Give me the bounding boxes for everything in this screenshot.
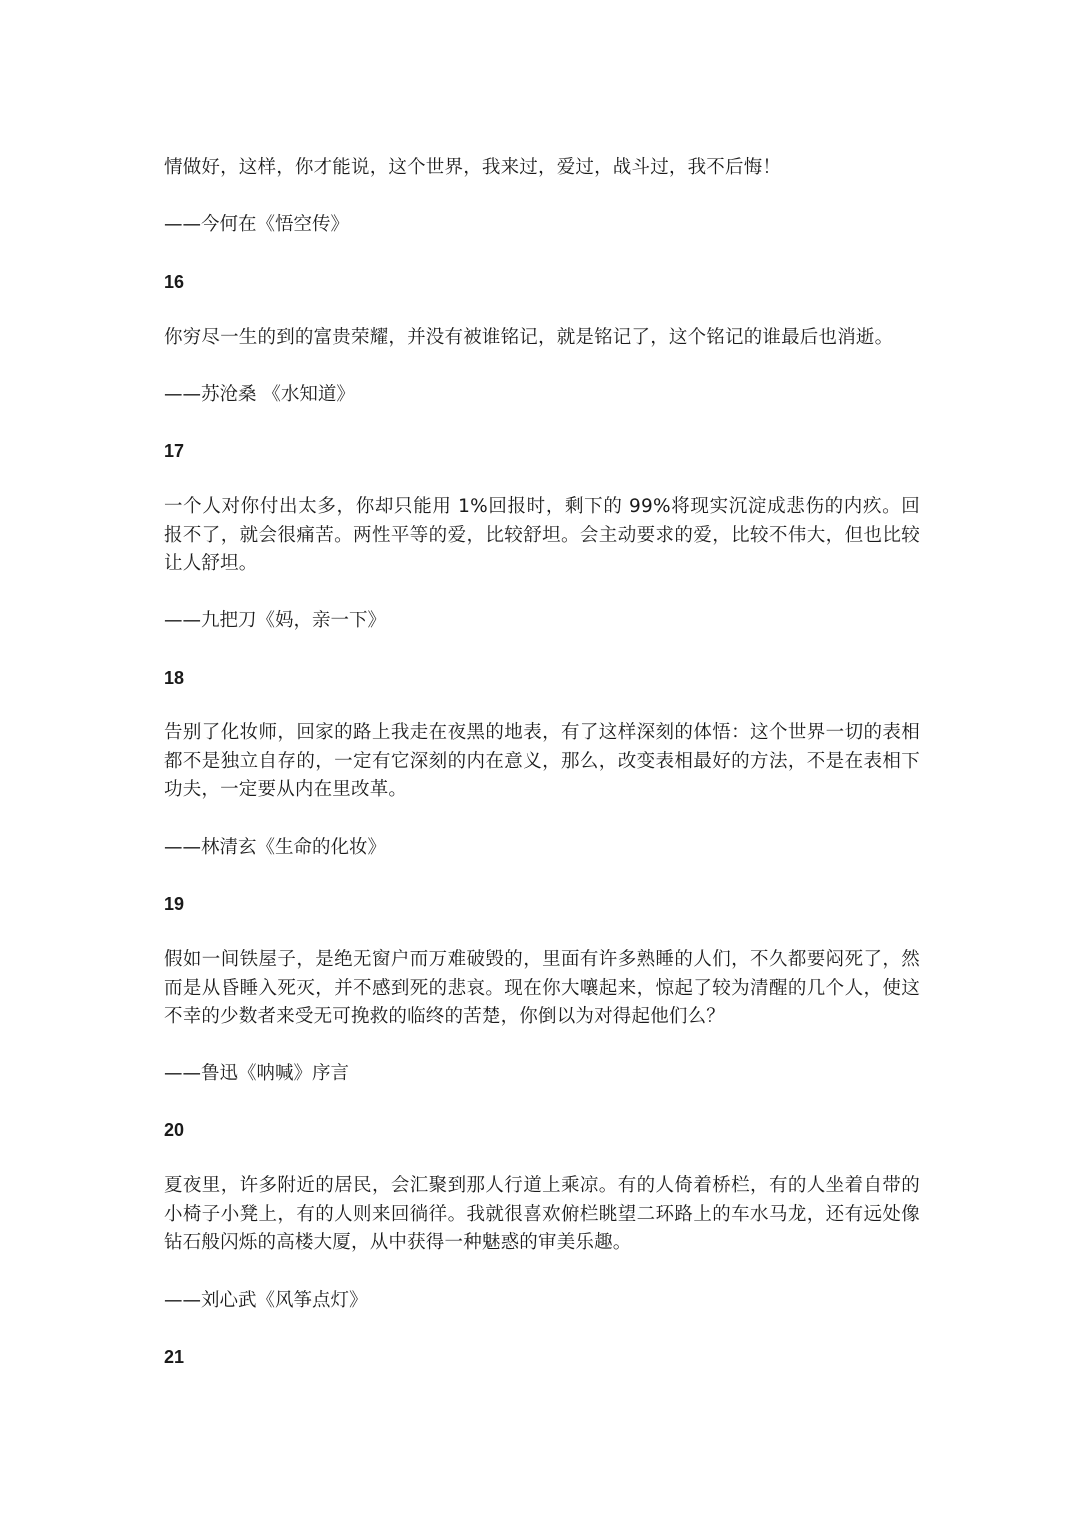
quote-attribution: ——九把刀《妈，亲一下》 [164, 607, 386, 635]
quote-number: 17 [164, 439, 184, 463]
quote-body: 你穷尽一生的到的富贵荣耀，并没有被谁铭记，就是铭记了，这个铭记的谁最后也消逝。 [164, 324, 920, 353]
quote-attribution: ——苏沧桑 《水知道》 [164, 381, 355, 409]
quote-attribution: ——林清玄《生命的化妆》 [164, 834, 386, 862]
quote-number: 16 [164, 270, 184, 294]
quote-body: 假如一间铁屋子，是绝无窗户而万难破毁的，里面有许多熟睡的人们，不久都要闷死了，然… [164, 946, 920, 1032]
quote-number: 19 [164, 892, 184, 916]
quote-attribution: ——刘心武《风筝点灯》 [164, 1287, 368, 1315]
quote-number: 20 [164, 1118, 184, 1142]
quote-number: 21 [164, 1345, 184, 1369]
quote-body-continued: 情做好，这样，你才能说，这个世界，我来过，爱过，战斗过，我不后悔！ [164, 154, 920, 183]
quote-body: 告别了化妆师，回家的路上我走在夜黑的地表，有了这样深刻的体悟：这个世界一切的表相… [164, 719, 920, 805]
quote-body: 夏夜里，许多附近的居民，会汇聚到那人行道上乘凉。有的人倚着桥栏，有的人坐着自带的… [164, 1172, 920, 1258]
quote-attribution: ——鲁迅《呐喊》序言 [164, 1060, 349, 1088]
quote-body: 一个人对你付出太多，你却只能用 1%回报时，剩下的 99%将现实沉淀成悲伤的内疚… [164, 493, 920, 579]
quote-attribution: ——今何在《悟空传》 [164, 211, 349, 239]
quote-number: 18 [164, 666, 184, 690]
